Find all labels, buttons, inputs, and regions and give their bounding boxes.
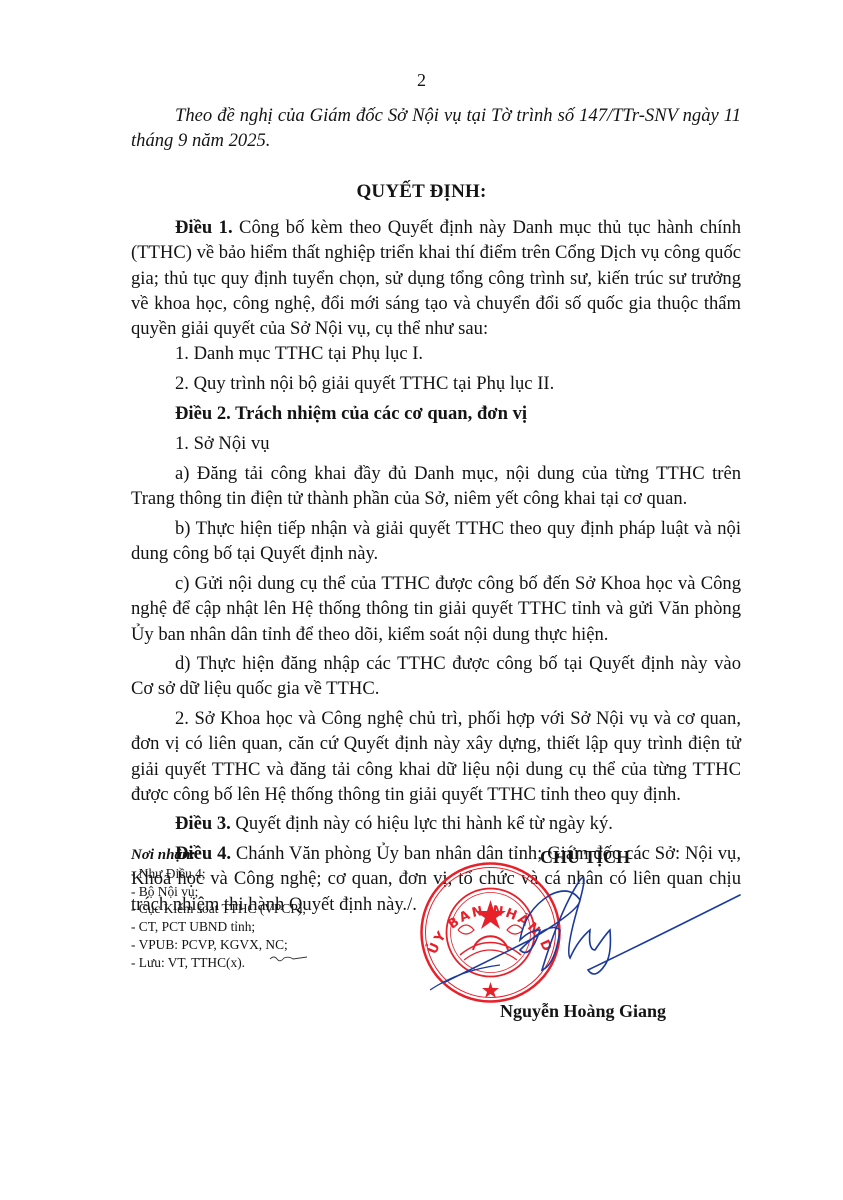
recipient-item: - Bộ Nội vụ; [131, 883, 306, 901]
decision-title: QUYẾT ĐỊNH: [0, 181, 843, 203]
preamble: Theo đề nghị của Giám đốc Sở Nội vụ tại … [131, 103, 741, 154]
article-2-clause-a: a) Đăng tải công khai đầy đủ Danh mục, n… [131, 461, 741, 512]
handwritten-signature [430, 870, 750, 1020]
article-3-label: Điều 3. [175, 813, 231, 834]
initials-mark [269, 953, 309, 963]
article-3-text: Quyết định này có hiệu lực thi hành kể t… [231, 813, 613, 834]
article-1: Điều 1. Công bố kèm theo Quyết định này … [131, 215, 741, 341]
article-1-label: Điều 1. [175, 217, 233, 238]
article-2-clause-d: d) Thực hiện đăng nhập các TTHC được côn… [131, 651, 741, 702]
recipients-heading: Nơi nhận: [131, 847, 306, 865]
article-2-item-2: 2. Sở Khoa học và Công nghệ chủ trì, phố… [131, 706, 741, 807]
article-2-clause-b: b) Thực hiện tiếp nhận và giải quyết TTH… [131, 516, 741, 567]
article-2-heading: Điều 2. Trách nhiệm của các cơ quan, đơn… [131, 401, 741, 426]
page-number: 2 [0, 70, 843, 91]
article-1-item-2: 2. Quy trình nội bộ giải quyết TTHC tại … [131, 371, 741, 396]
article-3: Điều 3. Quyết định này có hiệu lực thi h… [131, 811, 741, 836]
recipient-item: - Như Điều 4; [131, 865, 306, 883]
recipient-item: - CT, PCT UBND tỉnh; [131, 918, 306, 936]
article-2-clause-c: c) Gửi nội dung cụ thể của TTHC được côn… [131, 571, 741, 647]
article-1-item-1: 1. Danh mục TTHC tại Phụ lục I. [131, 341, 741, 366]
recipient-item: - VPUB: PCVP, KGVX, NC; [131, 936, 306, 954]
article-2-item-1: 1. Sở Nội vụ [131, 431, 741, 456]
recipient-item: - Cục Kiểm soát TTHC (VPCP); [131, 900, 306, 918]
signer-name: Nguyễn Hoàng Giang [500, 1001, 666, 1022]
